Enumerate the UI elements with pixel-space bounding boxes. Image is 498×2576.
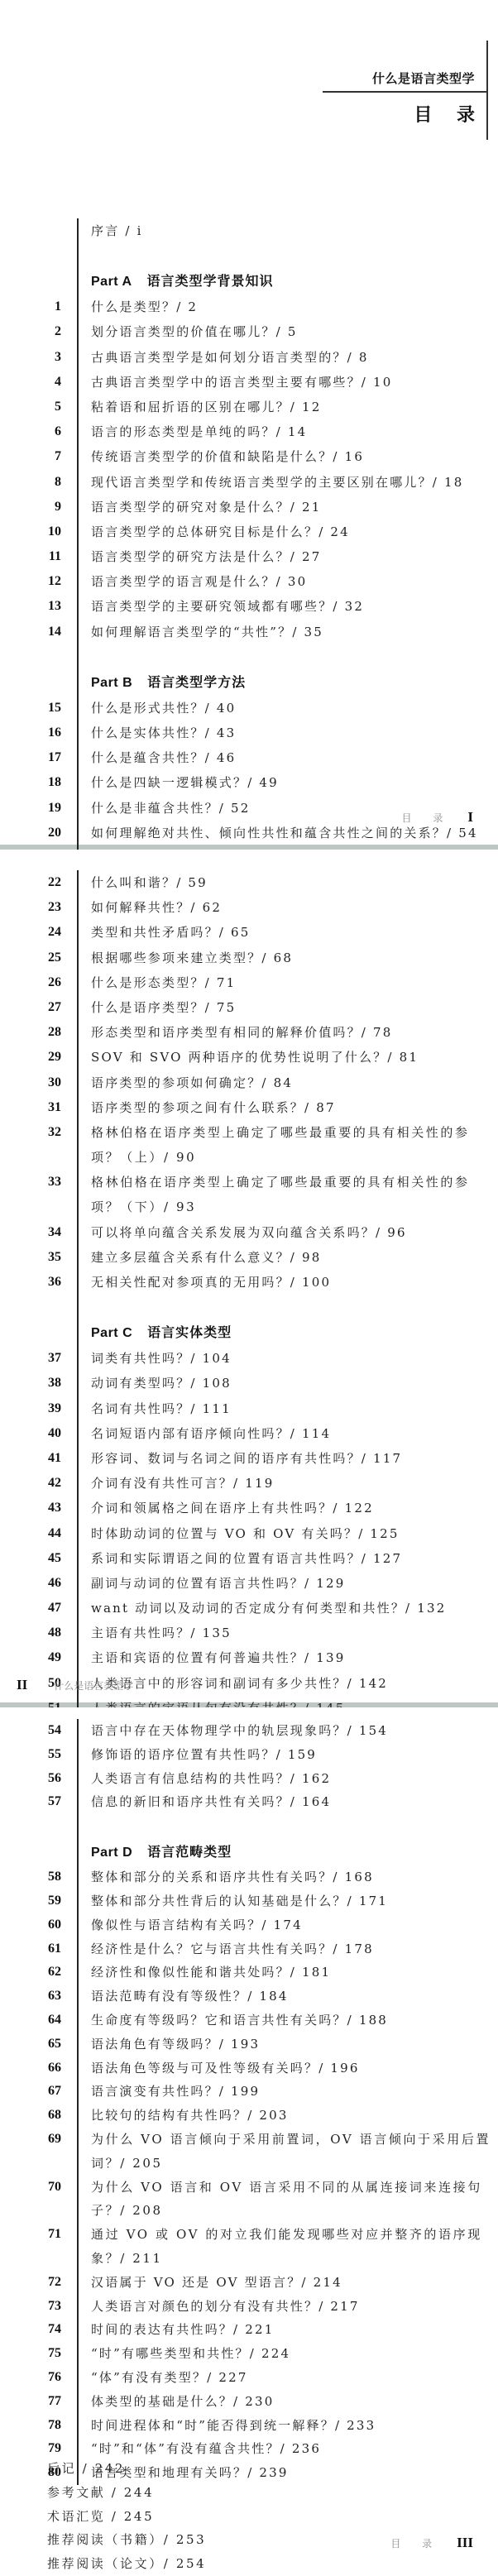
entry-title[interactable]: 比较句的结构有共性吗？/ 203 (91, 2104, 289, 2128)
entry-title[interactable]: “体”有没有类型？/ 227 (91, 2366, 248, 2390)
entry-title[interactable]: 语法范畴有没有等级性？/ 184 (91, 1985, 289, 2009)
toc-entry[interactable]: 58整体和部分的关系和语序共性有关吗？/ 168 (0, 1865, 498, 1889)
part-name: 语言类型学背景知识 (147, 273, 274, 289)
footer-label: 什么是语言类型学 (54, 1680, 133, 1692)
entry-title[interactable]: 介词和领属格之间在语序上有共性吗？/ 122 (91, 1496, 374, 1520)
toc-entry[interactable]: 56人类语言有信息结构的共性吗？/ 162 (0, 1767, 498, 1791)
entry-number: 76 (36, 2366, 61, 2390)
entry-number: 57 (36, 1790, 61, 1814)
toc-entry[interactable]: 1什么是类型？/ 2 (0, 294, 498, 319)
entry-number: 23 (36, 895, 61, 920)
entry-number: 44 (36, 1521, 61, 1546)
toc-entry[interactable]: 69为什么 VO 语言倾向于采用前置词，OV 语言倾向于采用后置词？/ 205 (0, 2128, 498, 2176)
toc-block: 54语言中存在天体物理学中的轨层现象吗？/ 15455修饰语的语序位置有共性吗？… (0, 1719, 498, 2485)
entry-title[interactable]: 语言类型学的总体研究目标是什么？/ 24 (91, 520, 350, 544)
entry-title[interactable]: 主语有共性吗？/ 135 (91, 1621, 232, 1645)
entry-number: 46 (36, 1571, 61, 1596)
toc-entry[interactable]: 68比较句的结构有共性吗？/ 203 (0, 2104, 498, 2128)
entry-title[interactable]: 像似性与语言结构有关吗？/ 174 (91, 1913, 303, 1937)
entry-title[interactable]: 修饰语的语序位置有共性吗？/ 159 (91, 1743, 317, 1767)
part-name: 语言类型学方法 (147, 674, 246, 690)
toc-entry[interactable]: 78时间进程体和“时”能否得到统一解释？/ 233 (0, 2414, 498, 2438)
page-number: III (457, 2535, 473, 2550)
entry-number: 49 (36, 1645, 61, 1670)
toc-entry[interactable]: 29SOV 和 SVO 两种语序的优势性说明了什么？/ 81 (0, 1045, 498, 1070)
entry-title[interactable]: 后记 / 242 (47, 2457, 125, 2481)
entry-title[interactable]: 形容词、数词与名词之间的语序有共性吗？/ 117 (91, 1446, 402, 1471)
entry-number: 64 (36, 2009, 61, 2033)
entry-title[interactable]: 为什么 VO 语言倾向于采用前置词，OV 语言倾向于采用后置词？/ 205 (91, 2128, 492, 2176)
entry-title[interactable]: 汉语属于 VO 还是 OV 型语言？/ 214 (91, 2271, 342, 2295)
entry-number: 13 (36, 594, 61, 619)
entry-title[interactable]: 信息的新旧和语序共性有关吗？/ 164 (91, 1790, 331, 1814)
entry-number: 2 (36, 319, 61, 344)
toc-preface[interactable]: 序言 / i (0, 218, 498, 243)
toc-entry[interactable]: 55修饰语的语序位置有共性吗？/ 159 (0, 1743, 498, 1767)
entry-title[interactable]: 语序类型的参项之间有什么联系？/ 87 (91, 1095, 336, 1120)
entry-title[interactable]: 介词有没有共性可言？/ 119 (91, 1471, 274, 1496)
entry-number: 69 (36, 2128, 61, 2152)
entry-number: 61 (36, 1937, 61, 1961)
entry-number: 78 (36, 2414, 61, 2438)
entry-title[interactable]: 系词和实际谓语之间的位置有语言共性吗？/ 127 (91, 1546, 402, 1571)
toc-entry[interactable]: 73人类语言对颜色的划分有没有共性？/ 217 (0, 2295, 498, 2319)
entry-title[interactable]: 人类语言对颜色的划分有没有共性？/ 217 (91, 2295, 360, 2319)
toc-entry[interactable]: 34可以将单向蕴含关系发展为双向蕴含关系吗？/ 96 (0, 1220, 498, 1245)
toc-entry[interactable]: 76“体”有没有类型？/ 227 (0, 2366, 498, 2390)
part-name: 语言实体类型 (147, 1324, 232, 1340)
toc-entry[interactable]: 46副词与动词的位置有语言共性吗？/ 129 (0, 1571, 498, 1596)
toc-entry[interactable]: 38动词有类型吗？/ 108 (0, 1371, 498, 1396)
entry-title[interactable]: 什么是语序类型？/ 75 (91, 995, 236, 1020)
entry-number: 17 (36, 745, 61, 770)
toc-entry[interactable]: 57信息的新旧和语序共性有关吗？/ 164 (0, 1790, 498, 1814)
toc-block: 22什么叫和谐？/ 5923如何解释共性？/ 6224类型和共性矛盾吗？/ 65… (0, 870, 498, 1774)
entry-title[interactable]: 建立多层蕴含关系有什么意义？/ 98 (91, 1245, 322, 1270)
entry-number: 20 (36, 821, 61, 845)
entry-number: 71 (36, 2223, 61, 2247)
entry-number: 1 (36, 294, 61, 319)
entry-title[interactable]: 推荐阅读（论文）/ 254 (47, 2552, 206, 2576)
entry-number: 66 (36, 2056, 61, 2080)
entry-number: 32 (36, 1120, 61, 1145)
entry-number: 19 (36, 796, 61, 821)
toc-heading: 目 录 (414, 101, 475, 127)
entry-title[interactable]: 格林伯格在语序类型上确定了哪些最重要的具有相关性的参项？（上）/ 90 (91, 1120, 492, 1170)
entry-title[interactable]: SOV 和 SVO 两种语序的优势性说明了什么？/ 81 (91, 1045, 419, 1070)
entry-title[interactable]: 语法角色有等级吗？/ 193 (91, 2033, 260, 2056)
entry-title[interactable]: 参考文献 / 244 (47, 2481, 154, 2505)
entry-title[interactable]: 为什么 VO 语言和 OV 语言采用不同的从属连接词来连接句子？/ 208 (91, 2176, 492, 2224)
toc-entry[interactable]: 33格林伯格在语序类型上确定了哪些最重要的具有相关性的参项？（下）/ 93 (0, 1170, 498, 1219)
entry-number: 35 (36, 1245, 61, 1270)
entry-title[interactable]: 经济性是什么？它与语言共性有关吗？/ 178 (91, 1937, 374, 1961)
toc-entry[interactable]: 75“时”有哪些类型和共性？/ 224 (0, 2342, 498, 2366)
entry-number: 72 (36, 2271, 61, 2295)
entry-title[interactable]: 词类有共性吗？/ 104 (91, 1346, 232, 1371)
entry-number: 12 (36, 569, 61, 594)
entry-number: 74 (36, 2318, 61, 2342)
entry-title[interactable]: 什么是形式共性？/ 40 (91, 696, 236, 721)
entry-number: 4 (36, 370, 61, 395)
toc-entry[interactable]: 41形容词、数词与名词之间的语序有共性吗？/ 117 (0, 1446, 498, 1471)
entry-title[interactable]: 语言类型学的研究方法是什么？/ 27 (91, 544, 322, 569)
toc-entry[interactable]: 65语法角色有等级吗？/ 193 (0, 2033, 498, 2056)
entry-title[interactable]: 时间进程体和“时”能否得到统一解释？/ 233 (91, 2414, 376, 2438)
toc-entry[interactable]: 10语言类型学的总体研究目标是什么？/ 24 (0, 520, 498, 544)
entry-number: 30 (36, 1070, 61, 1095)
toc-entry[interactable]: 14如何理解语言类型学的“共性”？/ 35 (0, 620, 498, 644)
part-label: Part B (91, 676, 132, 690)
page-2: 22什么叫和谐？/ 5923如何解释共性？/ 6224类型和共性矛盾吗？/ 65… (0, 850, 498, 1702)
page-footer: II什么是语言类型学 (17, 1677, 133, 1693)
entry-number: 9 (36, 495, 61, 520)
toc-entry[interactable]: 12语言类型学的语言观是什么？/ 30 (0, 569, 498, 594)
toc-entry[interactable]: 6语言的形态类型是单纯的吗？/ 14 (0, 419, 498, 444)
toc-entry[interactable]: 40名词短语内部有语序倾向性吗？/ 114 (0, 1421, 498, 1446)
entry-title[interactable]: 语序类型的参项如何确定？/ 84 (91, 1070, 293, 1095)
entry-number: 16 (36, 721, 61, 745)
entry-number: 60 (36, 1913, 61, 1937)
entry-title[interactable]: 如何理解语言类型学的“共性”？/ 35 (91, 620, 323, 644)
entry-title[interactable]: 语言的形态类型是单纯的吗？/ 14 (91, 419, 307, 444)
toc-entry[interactable]: 22什么叫和谐？/ 59 (0, 870, 498, 895)
entry-number: 54 (36, 1719, 61, 1743)
toc-entry[interactable]: 24类型和共性矛盾吗？/ 65 (0, 920, 498, 945)
toc-entry[interactable]: 26什么是形态类型？/ 71 (0, 970, 498, 995)
entry-title[interactable]: want 动词以及动词的否定成分有何类型和共性？/ 132 (91, 1596, 447, 1621)
entry-title[interactable]: 整体和部分的关系和语序共性有关吗？/ 168 (91, 1865, 374, 1889)
toc-entry[interactable]: 32格林伯格在语序类型上确定了哪些最重要的具有相关性的参项？（上）/ 90 (0, 1120, 498, 1170)
entry-title[interactable]: 主语和宾语的位置有何普遍共性？/ 139 (91, 1645, 345, 1670)
entry-number: 15 (36, 696, 61, 721)
entry-title[interactable]: 语言类型学的研究对象是什么？/ 21 (91, 495, 322, 520)
entry-number: 33 (36, 1170, 61, 1195)
entry-title[interactable]: 根据哪些参项来建立类型？/ 68 (91, 946, 293, 970)
entry-number: 47 (36, 1596, 61, 1621)
entry-title[interactable]: “时”和“体”有没有蕴含共性？/ 236 (91, 2437, 321, 2461)
entry-title[interactable]: 副词与动词的位置有语言共性吗？/ 129 (91, 1571, 345, 1596)
page-3: 54语言中存在天体物理学中的轨层现象吗？/ 15455修饰语的语序位置有共性吗？… (0, 1707, 498, 2557)
toc-entry[interactable]: 44时体助动词的位置与 VO 和 OV 有关吗？/ 125 (0, 1521, 498, 1546)
entry-title[interactable]: 整体和部分共性背后的认知基础是什么？/ 171 (91, 1889, 388, 1913)
toc-entry[interactable]: 45系词和实际谓语之间的位置有语言共性吗？/ 127 (0, 1546, 498, 1571)
toc-entry[interactable]: 48主语有共性吗？/ 135 (0, 1621, 498, 1645)
toc-entry[interactable]: 25根据哪些参项来建立类型？/ 68 (0, 946, 498, 970)
entry-title[interactable]: 什么是类型？/ 2 (91, 294, 198, 319)
entry-number: 75 (36, 2342, 61, 2366)
entry-number: 34 (36, 1220, 61, 1245)
page-number: I (467, 809, 473, 825)
entry-number: 77 (36, 2390, 61, 2414)
toc-entry[interactable]: 43介词和领属格之间在语序上有共性吗？/ 122 (0, 1496, 498, 1520)
toc-entry[interactable]: 8现代语言类型学和传统语言类型学的主要区别在哪儿？/ 18 (0, 470, 498, 495)
entry-title[interactable]: 时间的表达有共性吗？/ 221 (91, 2318, 274, 2342)
entry-title[interactable]: 通过 VO 或 OV 的对立我们能发现哪些对应并整齐的语序现象？/ 211 (91, 2223, 492, 2271)
toc-entry[interactable]: 28形态类型和语序类型有相同的解释价值吗？/ 78 (0, 1020, 498, 1045)
entry-title[interactable]: 经济性和像似性能和谐共处吗？/ 181 (91, 1961, 331, 1985)
entry-title[interactable]: 名词短语内部有语序倾向性吗？/ 114 (91, 1421, 331, 1446)
entry-number: 11 (36, 544, 61, 569)
entry-number: 59 (36, 1889, 61, 1913)
entry-title[interactable]: 推荐阅读（书籍）/ 253 (47, 2528, 206, 2552)
entry-title[interactable]: 如何解释共性？/ 62 (91, 895, 222, 920)
part-d-heading: Part D语言范畴类型 (0, 1839, 498, 1865)
toc-entry[interactable]: 27什么是语序类型？/ 75 (0, 995, 498, 1020)
entry-number: 37 (36, 1346, 61, 1371)
entry-number: 73 (36, 2295, 61, 2319)
toc-entry[interactable]: 42介词有没有共性可言？/ 119 (0, 1471, 498, 1496)
toc-entry[interactable]: 74时间的表达有共性吗？/ 221 (0, 2318, 498, 2342)
entry-title[interactable]: 语言演变有共性吗？/ 199 (91, 2080, 260, 2104)
entry-number: 45 (36, 1546, 61, 1571)
page-footer: 目 录I (402, 809, 473, 826)
entry-title[interactable]: 格林伯格在语序类型上确定了哪些最重要的具有相关性的参项？（下）/ 93 (91, 1170, 492, 1219)
toc-entry[interactable]: 4古典语言类型学中的语言类型主要有哪些？/ 10 (0, 370, 498, 395)
entry-number: 65 (36, 2033, 61, 2056)
entry-number: 28 (36, 1020, 61, 1045)
toc-entry[interactable]: 11语言类型学的研究方法是什么？/ 27 (0, 544, 498, 569)
part-c-heading: Part C语言实体类型 (0, 1319, 498, 1346)
toc-entry[interactable]: 5粘着语和屈折语的区别在哪儿？/ 12 (0, 395, 498, 419)
entry-number: 10 (36, 520, 61, 544)
entry-title[interactable]: 无相关性配对参项真的无用吗？/ 100 (91, 1270, 331, 1295)
entry-title[interactable]: 形态类型和语序类型有相同的解释价值吗？/ 78 (91, 1020, 393, 1045)
toc-entry[interactable]: 39名词有共性吗？/ 111 (0, 1396, 498, 1421)
toc-block: 序言 / i Part A语言类型学背景知识 1什么是类型？/ 22划分语言类型… (0, 218, 498, 877)
toc-entry[interactable]: 36无相关性配对参项真的无用吗？/ 100 (0, 1270, 498, 1295)
entry-title[interactable]: 类型和共性矛盾吗？/ 65 (91, 920, 251, 945)
entry-number: 5 (36, 395, 61, 419)
toc-entry[interactable]: 67语言演变有共性吗？/ 199 (0, 2080, 498, 2104)
entry-title[interactable]: 语法角色等级与可及性等级有关吗？/ 196 (91, 2056, 360, 2080)
page-1: 什么是语言类型学 目 录 序言 / i Part A语言类型学背景知识 1什么是… (0, 0, 498, 845)
page-number: II (17, 1677, 27, 1693)
book-title: 什么是语言类型学 (372, 69, 475, 87)
entry-number: 27 (36, 995, 61, 1020)
entry-number: 42 (36, 1471, 61, 1496)
part-label: Part A (91, 275, 132, 289)
toc-entry[interactable]: 37词类有共性吗？/ 104 (0, 1346, 498, 1371)
entry-number: 41 (36, 1446, 61, 1471)
entry-number: 22 (36, 870, 61, 895)
entry-number: 14 (36, 620, 61, 644)
toc-entry[interactable]: 15什么是形式共性？/ 40 (0, 696, 498, 721)
entry-number: 24 (36, 920, 61, 945)
toc-entry[interactable]: 18什么是四缺一逻辑模式？/ 49 (0, 770, 498, 795)
entry-number: 29 (36, 1045, 61, 1070)
entry-title[interactable]: 语言类型学的语言观是什么？/ 30 (91, 569, 307, 594)
entry-number: 3 (36, 345, 61, 370)
toc-entry[interactable]: 62经济性和像似性能和谐共处吗？/ 181 (0, 1961, 498, 1985)
toc-entry[interactable]: 61经济性是什么？它与语言共性有关吗？/ 178 (0, 1937, 498, 1961)
toc-entry[interactable]: 17什么是蕴含共性？/ 46 (0, 745, 498, 770)
entry-title[interactable]: “时”有哪些类型和共性？/ 224 (91, 2342, 290, 2366)
entry-number: 18 (36, 770, 61, 795)
toc-entry[interactable]: 30语序类型的参项如何确定？/ 84 (0, 1070, 498, 1095)
entry-number: 38 (36, 1371, 61, 1396)
entry-title[interactable]: 传统语言类型学的价值和缺陷是什么？/ 16 (91, 444, 364, 469)
toc-entry[interactable]: 72汉语属于 VO 还是 OV 型语言？/ 214 (0, 2271, 498, 2295)
entry-title[interactable]: 现代语言类型学和传统语言类型学的主要区别在哪儿？/ 18 (91, 470, 464, 495)
preface-link[interactable]: 序言 / i (91, 218, 143, 243)
toc-entry[interactable]: 59整体和部分共性背后的认知基础是什么？/ 171 (0, 1889, 498, 1913)
entry-title[interactable]: 什么是蕴含共性？/ 46 (91, 745, 236, 770)
entry-title[interactable]: 动词有类型吗？/ 108 (91, 1371, 232, 1396)
toc-page-1: 序言 / i Part A语言类型学背景知识 1什么是类型？/ 22划分语言类型… (0, 218, 498, 877)
entry-number: 7 (36, 444, 61, 469)
toc-entry[interactable]: 66语法角色等级与可及性等级有关吗？/ 196 (0, 2056, 498, 2080)
part-label: Part C (91, 1326, 132, 1340)
entry-number: 63 (36, 1985, 61, 2009)
entry-number: 62 (36, 1961, 61, 1985)
page-footer: 目 录III (390, 2535, 473, 2551)
toc-entry[interactable]: 63语法范畴有没有等级性？/ 184 (0, 1985, 498, 2009)
toc-entry[interactable]: 23如何解释共性？/ 62 (0, 895, 498, 920)
toc-entry[interactable]: 7传统语言类型学的价值和缺陷是什么？/ 16 (0, 444, 498, 469)
entry-number: 40 (36, 1421, 61, 1446)
entry-number: 43 (36, 1496, 61, 1520)
toc-entry[interactable]: 16什么是实体共性？/ 43 (0, 721, 498, 745)
toc-header: 什么是语言类型学 目 录 (323, 41, 488, 140)
toc-entry[interactable]: 47want 动词以及动词的否定成分有何类型和共性？/ 132 (0, 1596, 498, 1621)
footer-label: 目 录 (402, 812, 443, 824)
entry-number: 56 (36, 1767, 61, 1791)
entry-number: 70 (36, 2176, 61, 2200)
entry-number: 58 (36, 1865, 61, 1889)
entry-title[interactable]: 粘着语和屈折语的区别在哪儿？/ 12 (91, 395, 322, 419)
toc-entry[interactable]: 70为什么 VO 语言和 OV 语言采用不同的从属连接词来连接句子？/ 208 (0, 2176, 498, 2224)
entry-number: 26 (36, 970, 61, 995)
entry-title[interactable]: 什么是形态类型？/ 71 (91, 970, 236, 995)
entry-title[interactable]: 时体助动词的位置与 VO 和 OV 有关吗？/ 125 (91, 1521, 400, 1546)
entry-title[interactable]: 名词有共性吗？/ 111 (91, 1396, 232, 1421)
entry-number: 6 (36, 419, 61, 444)
entry-title[interactable]: 古典语言类型学是如何划分语言类型的？/ 8 (91, 345, 369, 370)
toc-entry[interactable]: 13语言类型学的主要研究领域都有哪些？/ 32 (0, 594, 498, 619)
entry-title[interactable]: 什么是实体共性？/ 43 (91, 721, 236, 745)
entry-number: 31 (36, 1095, 61, 1120)
entry-title[interactable]: 什么是非蕴含共性？/ 52 (91, 796, 251, 821)
toc-entry[interactable]: 3古典语言类型学是如何划分语言类型的？/ 8 (0, 345, 498, 370)
toc-entry[interactable]: 9语言类型学的研究对象是什么？/ 21 (0, 495, 498, 520)
toc-entry[interactable]: 49主语和宾语的位置有何普遍共性？/ 139 (0, 1645, 498, 1670)
part-b-heading: Part B语言类型学方法 (0, 669, 498, 696)
entry-title[interactable]: 什么是四缺一逻辑模式？/ 49 (91, 770, 279, 795)
entry-number: 8 (36, 470, 61, 495)
toc-entry[interactable]: 2划分语言类型的价值在哪儿？/ 5 (0, 319, 498, 344)
toc-entry[interactable]: 77体类型的基础是什么？/ 230 (0, 2390, 498, 2414)
toc-entry[interactable]: 54语言中存在天体物理学中的轨层现象吗？/ 154 (0, 1719, 498, 1743)
toc-entry[interactable]: 31语序类型的参项之间有什么联系？/ 87 (0, 1095, 498, 1120)
entry-title[interactable]: 可以将单向蕴含关系发展为双向蕴含关系吗？/ 96 (91, 1220, 407, 1245)
toc-entry[interactable]: 60像似性与语言结构有关吗？/ 174 (0, 1913, 498, 1937)
entry-number: 36 (36, 1270, 61, 1295)
entry-title[interactable]: 人类语言中的形容词和副词有多少共性？/ 142 (91, 1671, 388, 1696)
entry-title[interactable]: 人类语言有信息结构的共性吗？/ 162 (91, 1767, 331, 1791)
entry-title[interactable]: 什么叫和谐？/ 59 (91, 870, 208, 895)
entry-number: 55 (36, 1743, 61, 1767)
part-name: 语言范畴类型 (147, 1844, 232, 1860)
header-rule (323, 91, 486, 93)
footer-label: 目 录 (390, 2538, 432, 2550)
part-label: Part D (91, 1846, 132, 1860)
entry-title[interactable]: 体类型的基础是什么？/ 230 (91, 2390, 274, 2414)
toc-entry[interactable]: 64生命度有等级吗？它和语言共性有关吗？/ 188 (0, 2009, 498, 2033)
entry-number: 25 (36, 946, 61, 970)
entry-number: 39 (36, 1396, 61, 1421)
toc-entry[interactable]: 35建立多层蕴含关系有什么意义？/ 98 (0, 1245, 498, 1270)
part-a-heading: Part A语言类型学背景知识 (0, 268, 498, 294)
toc-page-3: 54语言中存在天体物理学中的轨层现象吗？/ 15455修饰语的语序位置有共性吗？… (0, 1719, 498, 2485)
entry-number: 67 (36, 2080, 61, 2104)
toc-page-2: 22什么叫和谐？/ 5923如何解释共性？/ 6224类型和共性矛盾吗？/ 65… (0, 870, 498, 1774)
entry-title[interactable]: 语言类型学的主要研究领域都有哪些？/ 32 (91, 594, 364, 619)
toc-entry[interactable]: 71通过 VO 或 OV 的对立我们能发现哪些对应并整齐的语序现象？/ 211 (0, 2223, 498, 2271)
entry-title[interactable]: 划分语言类型的价值在哪儿？/ 5 (91, 319, 298, 344)
entry-title[interactable]: 古典语言类型学中的语言类型主要有哪些？/ 10 (91, 370, 393, 395)
entry-number: 68 (36, 2104, 61, 2128)
entry-number: 48 (36, 1621, 61, 1645)
entry-title[interactable]: 生命度有等级吗？它和语言共性有关吗？/ 188 (91, 2009, 388, 2033)
entry-title[interactable]: 语言中存在天体物理学中的轨层现象吗？/ 154 (91, 1719, 388, 1743)
entry-title[interactable]: 术语汇览 / 245 (47, 2505, 154, 2529)
